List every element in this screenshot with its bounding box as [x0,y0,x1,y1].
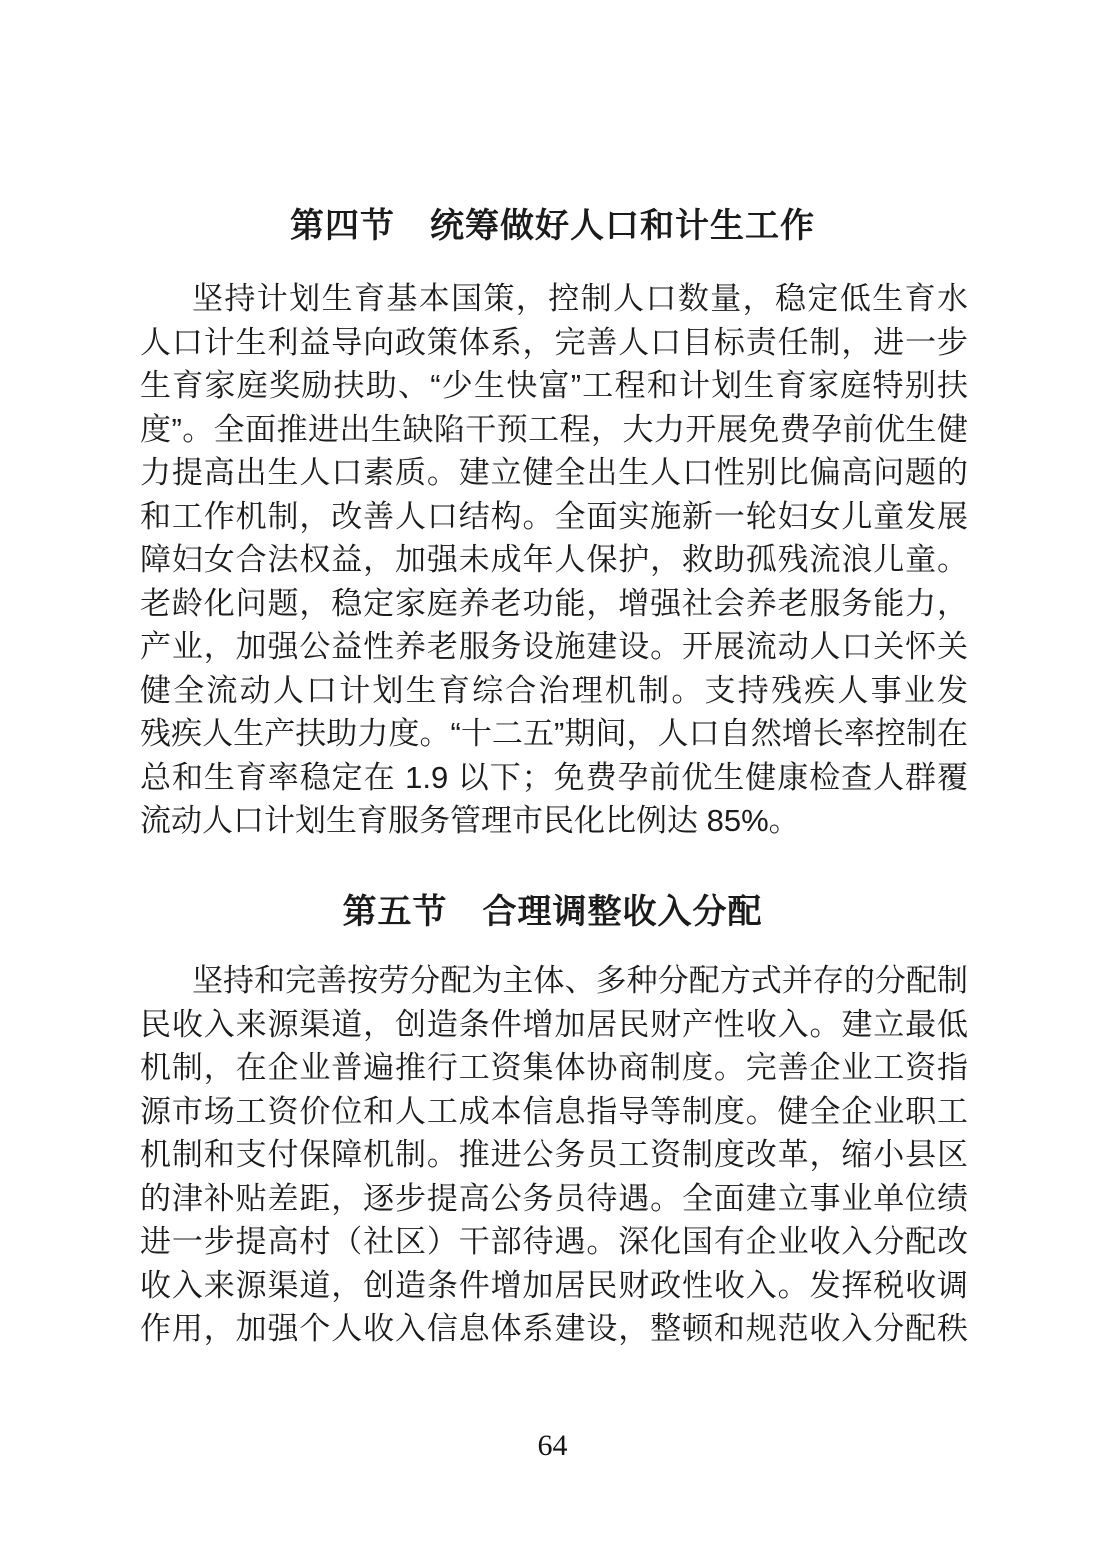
section-5-paragraph: 坚持和完善按劳分配为主体、多种分配方式并存的分配制度。拓宽居民收入来源渠道，创造… [140,959,968,1351]
paragraph-line: 机制和支付保障机制。推进公务员工资制度改革，缩小县区与市直公务员 [140,1133,968,1177]
paragraph-line: 收入来源渠道，创造条件增加居民财政性收入。发挥税收调节收入分配的 [140,1264,968,1308]
page-number: 64 [0,1429,1105,1463]
paragraph-line: 障妇女合法权益，加强未成年人保护，救助孤残流浪儿童。积极应对人口 [140,538,968,582]
paragraph-line: 健全流动人口计划生育综合治理机制。支持残疾人事业发展，加大对农村 [140,669,968,713]
section-title-4: 第四节 统筹做好人口和计生工作 [0,198,1105,247]
paragraph-line: 残疾人生产扶助力度。“十二五”期间，人口自然增长率控制在 10‰以内， [140,712,968,756]
paragraph-line: 人口计生利益导向政策体系，完善人口目标责任制，进一步落实农村计划 [140,321,968,365]
paragraph-line: 机制，在企业普遍推行工资集体协商制度。完善企业工资指导线、人力资 [140,1046,968,1090]
paragraph-line: 作用，加强个人收入信息体系建设，整顿和规范收入分配秩序，保护合法 [140,1307,968,1351]
paragraph-line: 生育家庭奖励扶助、“少生快富”工程和计划生育家庭特别扶助“三项制 [140,364,968,408]
paragraph-line: 力提高出生人口素质。建立健全出生人口性别比偏高问题的综合治理体制 [140,451,968,495]
paragraph-line: 的津补贴差距，逐步提高公务员待遇。全面建立事业单位绩效工资制度。 [140,1177,968,1221]
paragraph-line: 老龄化问题，稳定家庭养老功能，增强社会养老服务能力，发展养老服务 [140,582,968,626]
paragraph-line: 产业，加强公益性养老服务设施建设。开展流动人口关怀关爱行动，建立 [140,625,968,669]
paragraph-line: 总和生育率稳定在 1.9 以下；免费孕前优生健康检查人群覆盖率达 85%； [140,756,968,800]
paragraph-line: 坚持和完善按劳分配为主体、多种分配方式并存的分配制度。拓宽居 [140,959,968,1003]
paragraph-line: 进一步提高村（社区）干部待遇。深化国有企业收入分配改革。拓宽居民 [140,1220,968,1264]
paragraph-line: 民收入来源渠道，创造条件增加居民财产性收入。建立最低工资标准调整 [140,1003,968,1047]
paragraph-line: 坚持计划生育基本国策，控制人口数量，稳定低生育水平。不断完善 [140,277,968,321]
paragraph-line: 流动人口计划生育服务管理市民化比例达 85%。 [140,799,968,843]
paragraph-line: 源市场工资价位和人工成本信息指导等制度。健全企业职工工资正常增长 [140,1090,968,1134]
section-title-5: 第五节 合理调整收入分配 [0,884,1105,933]
paragraph-line: 度”。全面推进出生缺陷干预工程，大力开展免费孕前优生健康检查，努 [140,408,968,452]
section-4-paragraph: 坚持计划生育基本国策，控制人口数量，稳定低生育水平。不断完善人口计生利益导向政策… [140,277,968,843]
document-page: 第四节 统筹做好人口和计生工作 坚持计划生育基本国策，控制人口数量，稳定低生育水… [0,0,1105,1550]
paragraph-line: 和工作机制，改善人口结构。全面实施新一轮妇女儿童发展纲要，切实保 [140,495,968,539]
